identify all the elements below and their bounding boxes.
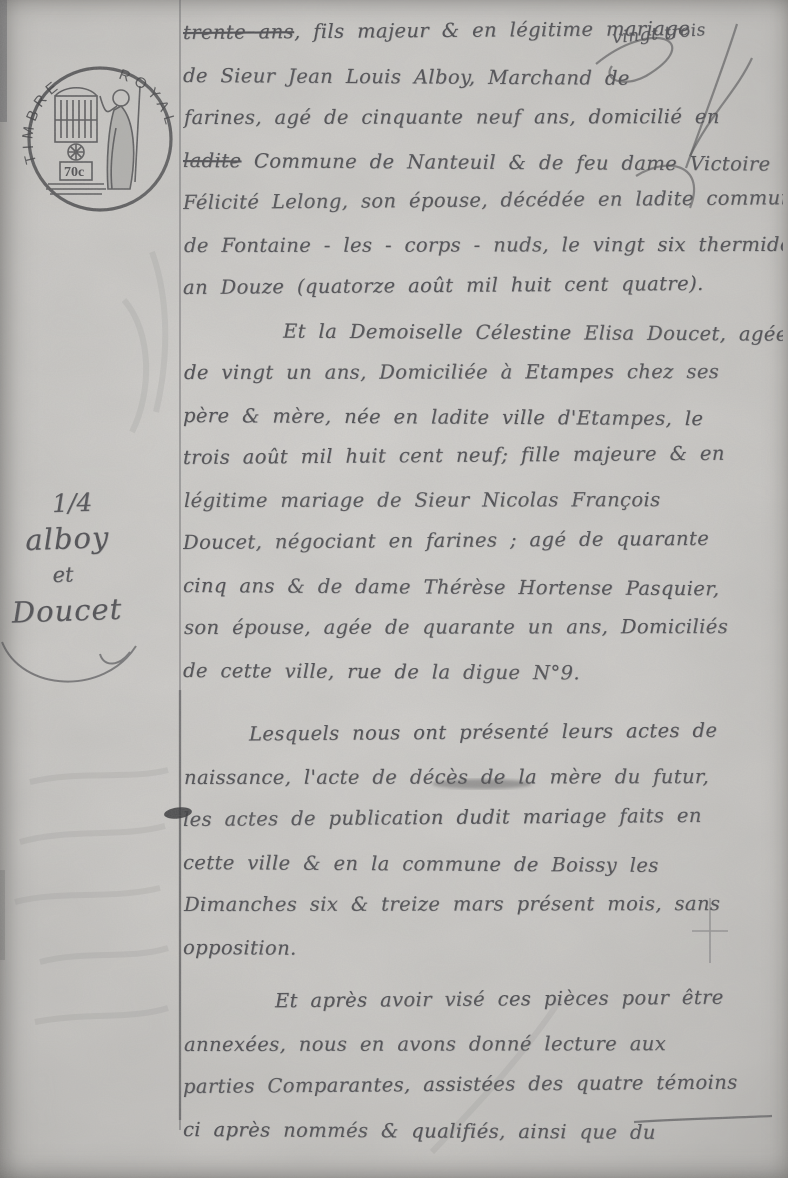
text-segment: Doucet, négociant en farines ; agé de qu… (183, 527, 709, 554)
manuscript-line: cette ville & en la commune de Boissy le… (183, 842, 783, 888)
text-segment: les actes de publication dudit mariage f… (183, 804, 702, 831)
manuscript-line: cinq ans & de dame Thérèse Hortense Pasq… (183, 565, 783, 611)
manuscript-line: Et après avoir visé ces pièces pour être (183, 976, 783, 1023)
manuscript-line: les actes de publication dudit mariage f… (183, 794, 783, 841)
text-segment: naissance, l'acte de décès de la mère du… (184, 765, 709, 789)
text-segment: Dimanches six & treize mars présent mois… (184, 892, 720, 916)
text-segment: trois août mil huit cent neuf; fille maj… (183, 442, 725, 469)
manuscript-line: légitime mariage de Sieur Nicolas Franço… (184, 478, 783, 522)
timbre-royal-stamp: TIMBRE ROYAL 70c (22, 58, 178, 220)
manuscript-line: ci après nommés & qualifiés, ainsi que d… (183, 1109, 783, 1155)
text-segment: de vingt un ans, Domiciliée à Etampes ch… (184, 360, 719, 384)
manuscript-line: Et la Demoiselle Célestine Elisa Doucet,… (183, 310, 783, 356)
manuscript-line: Doucet, négociant en farines ; agé de qu… (183, 517, 783, 564)
manuscript-line: de vingt un ans, Domiciliée à Etampes ch… (184, 351, 783, 395)
text-segment: légitime mariage de Sieur Nicolas Franço… (184, 488, 661, 512)
text-segment: Lesquels nous ont présenté leurs actes d… (249, 719, 718, 746)
text-segment: annexées, nous en avons donné lecture au… (184, 1032, 666, 1056)
manuscript-line: Dimanches six & treize mars présent mois… (184, 883, 783, 927)
manuscript-line: son épouse, agée de quarante un ans, Dom… (184, 606, 783, 650)
text-segment: son épouse, agée de quarante un ans, Dom… (184, 615, 728, 639)
text-segment: de Sieur Jean Louis Alboy, Marchand de (183, 64, 630, 90)
manuscript-line: Félicité Lelong, son épouse, décédée en … (183, 177, 783, 224)
doucet-underline-flourish (2, 642, 136, 682)
scan-edge-shadow (0, 0, 7, 960)
manuscript-line: an Douze (quatorze août mil huit cent qu… (183, 262, 783, 309)
text-segment: Et la Demoiselle Célestine Elisa Doucet,… (283, 319, 783, 345)
margin-annotation: 1/4 alboy et Doucet (4, 485, 169, 632)
manuscript-lines: trente ans, fils majeur & en légitime ma… (183, 12, 783, 1172)
text-segment: cette ville & en la commune de Boissy le… (183, 851, 659, 877)
text-segment: farines, agé de cinquante neuf ans, domi… (184, 105, 720, 129)
text-segment: an Douze (quatorze août mil huit cent qu… (183, 272, 704, 299)
manuscript-line: annexées, nous en avons donné lecture au… (184, 1022, 783, 1066)
struck-text-segment: trente ans (183, 20, 294, 44)
text-segment: cinq ans & de dame Thérèse Hortense Pasq… (183, 574, 720, 600)
manuscript-line: Lesquels nous ont présenté leurs actes d… (183, 709, 783, 756)
text-segment: Et après avoir visé ces pièces pour être (275, 986, 724, 1013)
margin-name-alboy: alboy (5, 515, 166, 561)
text-segment: parties Comparantes, assistées des quatr… (183, 1071, 738, 1098)
manuscript-line: trente ans, fils majeur & en légitime ma… (183, 12, 783, 54)
manuscript-line: opposition. (183, 927, 783, 973)
stamp-figure (100, 86, 140, 189)
text-segment: de cette ville, rue de la digue N°9. (183, 659, 580, 684)
text-segment: Félicité Lelong, son épouse, décédée en … (183, 186, 783, 214)
manuscript-line: parties Comparantes, assistées des quatr… (183, 1061, 783, 1108)
margin-name-doucet: Doucet (7, 587, 168, 633)
struck-text-segment: ladite (183, 149, 241, 172)
manuscript-line: trois août mil huit cent neuf; fille maj… (183, 432, 783, 479)
text-segment: père & mère, née en ladite ville d'Etamp… (183, 404, 703, 430)
manuscript-line: de Fontaine - les - corps - nuds, le vin… (184, 223, 783, 267)
manuscript-line: de Sieur Jean Louis Alboy, Marchand de (183, 55, 783, 101)
text-segment: ci après nommés & qualifiés, ainsi que d… (183, 1118, 656, 1144)
manuscript-line: farines, agé de cinquante neuf ans, domi… (184, 96, 783, 140)
text-segment: de Fontaine - les - corps - nuds, le vin… (184, 232, 783, 256)
stamp-value-label: 70c (64, 165, 84, 180)
manuscript-line: naissance, l'acte de décès de la mère du… (184, 755, 783, 799)
manuscript-line: de cette ville, rue de la digue N°9. (183, 650, 783, 696)
text-segment: opposition. (183, 936, 297, 960)
scanned-document-page: TIMBRE ROYAL 70c 1/4 alboy et Doucet vin… (0, 0, 788, 1178)
text-segment: , fils majeur & en légitime mariage (294, 17, 690, 43)
text-segment: Commune de Nanteuil & de feu dame Victoi… (241, 149, 770, 175)
